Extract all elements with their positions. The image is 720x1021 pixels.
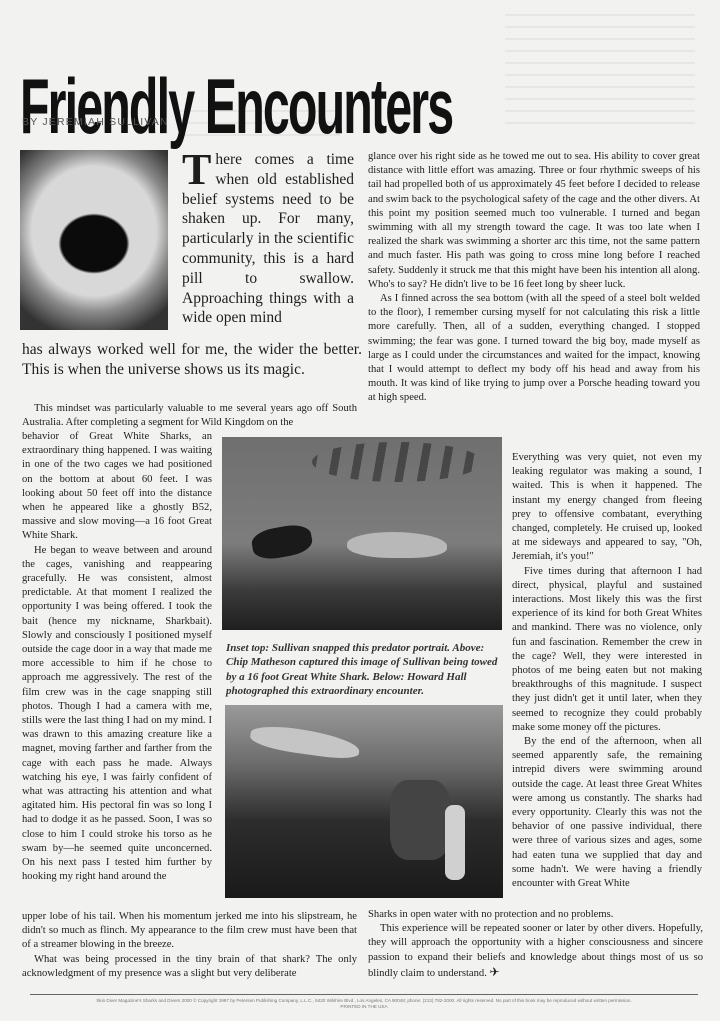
lead-paragraph-wrap: There comes a time when old established …	[182, 150, 354, 328]
end-mark-icon: ✈	[490, 965, 500, 979]
shark-figure	[249, 722, 361, 761]
photo-caption: Inset top: Sullivan snapped this predato…	[226, 641, 502, 699]
lead-paragraph-full: has always worked well for me, the wider…	[22, 340, 362, 380]
byline: BY JEREMIAH SULLIVAN	[22, 116, 169, 128]
bleed-through-text-top-right	[505, 14, 695, 134]
shark-open-mouth-photo	[20, 150, 168, 330]
scuba-tank	[445, 805, 465, 880]
column1-top-text: This mindset was particularly valuable t…	[22, 402, 357, 430]
drop-cap: T	[182, 152, 211, 188]
column2-top-text: glance over his right side as he towed m…	[368, 150, 700, 406]
diver-figure	[390, 780, 450, 860]
copyright-footer: Skin Diver Magazine's Sharks and Divers …	[30, 998, 698, 1010]
column1-narrow-text: behavior of Great White Sharks, an extra…	[22, 430, 212, 885]
article-title: Friendly Encounters	[20, 60, 452, 152]
column2-bottom-text: Sharks in open water with no protection …	[368, 908, 703, 981]
diver-towed-by-shark-photo	[222, 437, 502, 630]
fish-school	[312, 442, 482, 482]
diver-figure	[250, 522, 314, 562]
column3-text: Everything was very quiet, not even my l…	[512, 451, 702, 891]
shark-and-divers-reef-photo	[225, 705, 503, 898]
footer-divider	[30, 994, 698, 995]
column1-bottom-text: upper lobe of his tail. When his momentu…	[22, 910, 357, 981]
shark-figure	[347, 532, 447, 558]
